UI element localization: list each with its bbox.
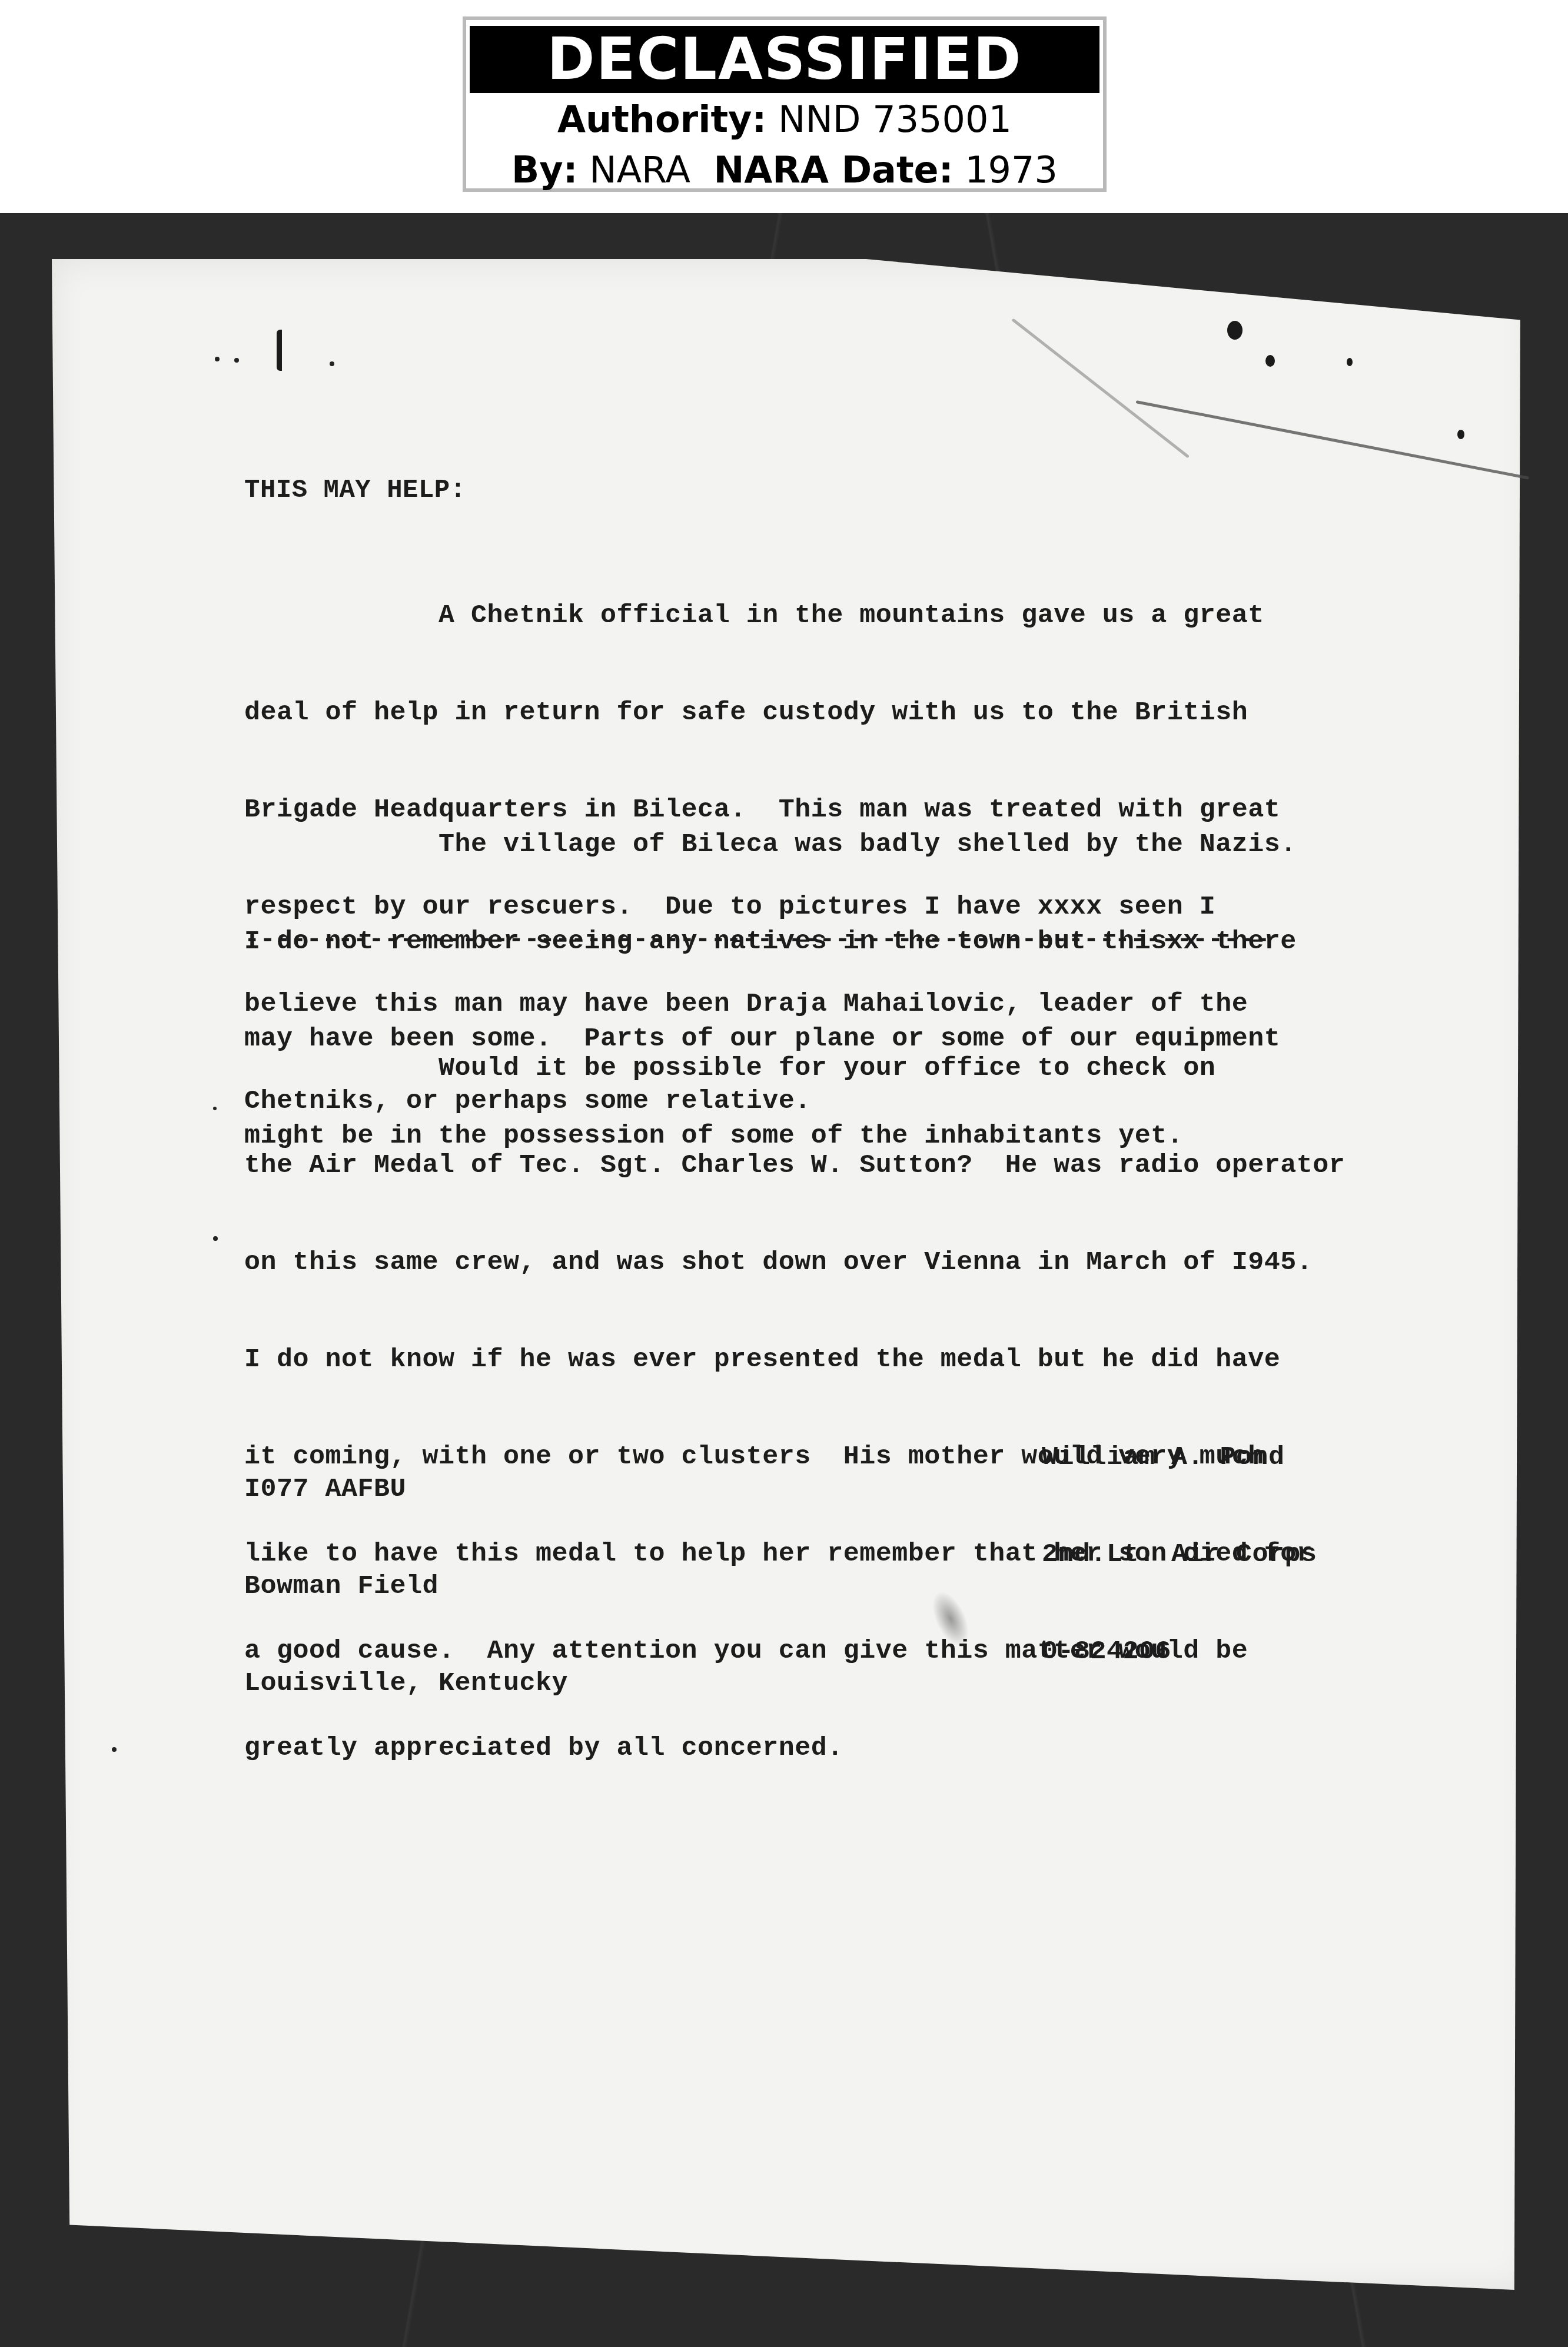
dashed-divider: ----------------------------------------… <box>244 924 1270 957</box>
signer-name: William A. Pond <box>1042 1441 1317 1473</box>
address-line: I077 AAFBU <box>244 1473 568 1505</box>
authority-value: NND 735001 <box>778 98 1012 141</box>
bleed-through-text <box>177 1625 1295 1660</box>
letter-heading: THIS MAY HELP: <box>244 474 466 507</box>
text-line: on this same crew, and was shot down ove… <box>244 1246 1345 1279</box>
bleed-through-text <box>247 1542 1307 1578</box>
declassified-stamp: DECLASSIFIED Authority: NND 735001 By: N… <box>463 16 1107 192</box>
ink-spot <box>1347 358 1353 366</box>
margin-bracket-mark <box>277 330 286 371</box>
stamp-title: DECLASSIFIED <box>470 26 1099 93</box>
margin-dot <box>112 1747 117 1752</box>
authority-label: Authority: <box>557 98 766 141</box>
margin-dot <box>213 1236 218 1241</box>
stamp-authority-line: Authority: NND 735001 <box>466 98 1103 141</box>
margin-dot <box>215 357 220 361</box>
stamp-by-line: By: NARA NARA Date: 1973 <box>466 148 1103 191</box>
date-label: NARA Date: <box>713 148 953 191</box>
date-value: 1973 <box>965 148 1058 191</box>
text-line: I do not know if he was ever presented t… <box>244 1343 1345 1376</box>
text-line: Would it be possible for your office to … <box>244 1052 1345 1084</box>
margin-dot <box>213 1107 217 1110</box>
ink-spot <box>1227 321 1243 340</box>
ink-spot <box>1457 430 1464 439</box>
address-line: Louisville, Kentucky <box>244 1667 568 1699</box>
ink-spot <box>1265 355 1275 367</box>
margin-dot <box>234 358 239 363</box>
text-line: A Chetnik official in the mountains gave… <box>244 599 1280 632</box>
by-label: By: <box>511 148 577 191</box>
text-line: greatly appreciated by all concerned. <box>244 1732 1345 1764</box>
by-value: NARA <box>589 148 690 191</box>
text-line: deal of help in return for safe custody … <box>244 696 1280 729</box>
margin-dot <box>330 361 334 366</box>
text-line: the Air Medal of Tec. Sgt. Charles W. Su… <box>244 1149 1345 1181</box>
text-line: The village of Bileca was badly shelled … <box>244 828 1297 861</box>
